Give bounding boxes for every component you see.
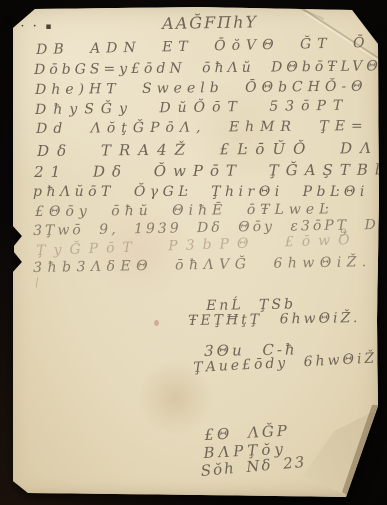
- signature-1-full-line: ŦEŢĦţŢ 6hwΘiŽ.: [188, 310, 361, 329]
- handwritten-line: pħΛŭōT ŎγGĿ ŢhirΘi PbĿΘi: [33, 184, 369, 200]
- corner-pencil-marks: - · · ▪: [8, 22, 55, 32]
- handwritten-line: Dd ΛŏţĞPōΛ, EhMR ŢE=: [36, 118, 369, 137]
- handwritten-line: 21 Dδ ŎwPōT ŢĞAŞTBb: [34, 161, 387, 181]
- pink-stain-dot: [154, 320, 159, 326]
- paper-shadow-wrap: - · · ▪ AAĞFΠhY DB ADN ET ŌŏVΘ ĞT Ō DōbG…: [0, 0, 387, 505]
- letter-title: AAĞFΠhY: [162, 12, 258, 33]
- photo-background: - · · ▪ AAĞFΠhY DB ADN ET ŌŏVΘ ĞT Ō DōbG…: [0, 0, 387, 505]
- handwritten-line: £Θōy ōħŭ ΘiħĒ ōŦLweĿ: [35, 201, 334, 220]
- handwritten-line: Dδ TRA4Ž £ĿōŬŎ DΛW: [37, 139, 387, 160]
- letter-paper: - · · ▪ AAĞFΠhY DB ADN ET ŌŏVΘ ĞT Ō DōbG…: [0, 0, 387, 505]
- stray-pencil-mark: 9: [340, 228, 346, 239]
